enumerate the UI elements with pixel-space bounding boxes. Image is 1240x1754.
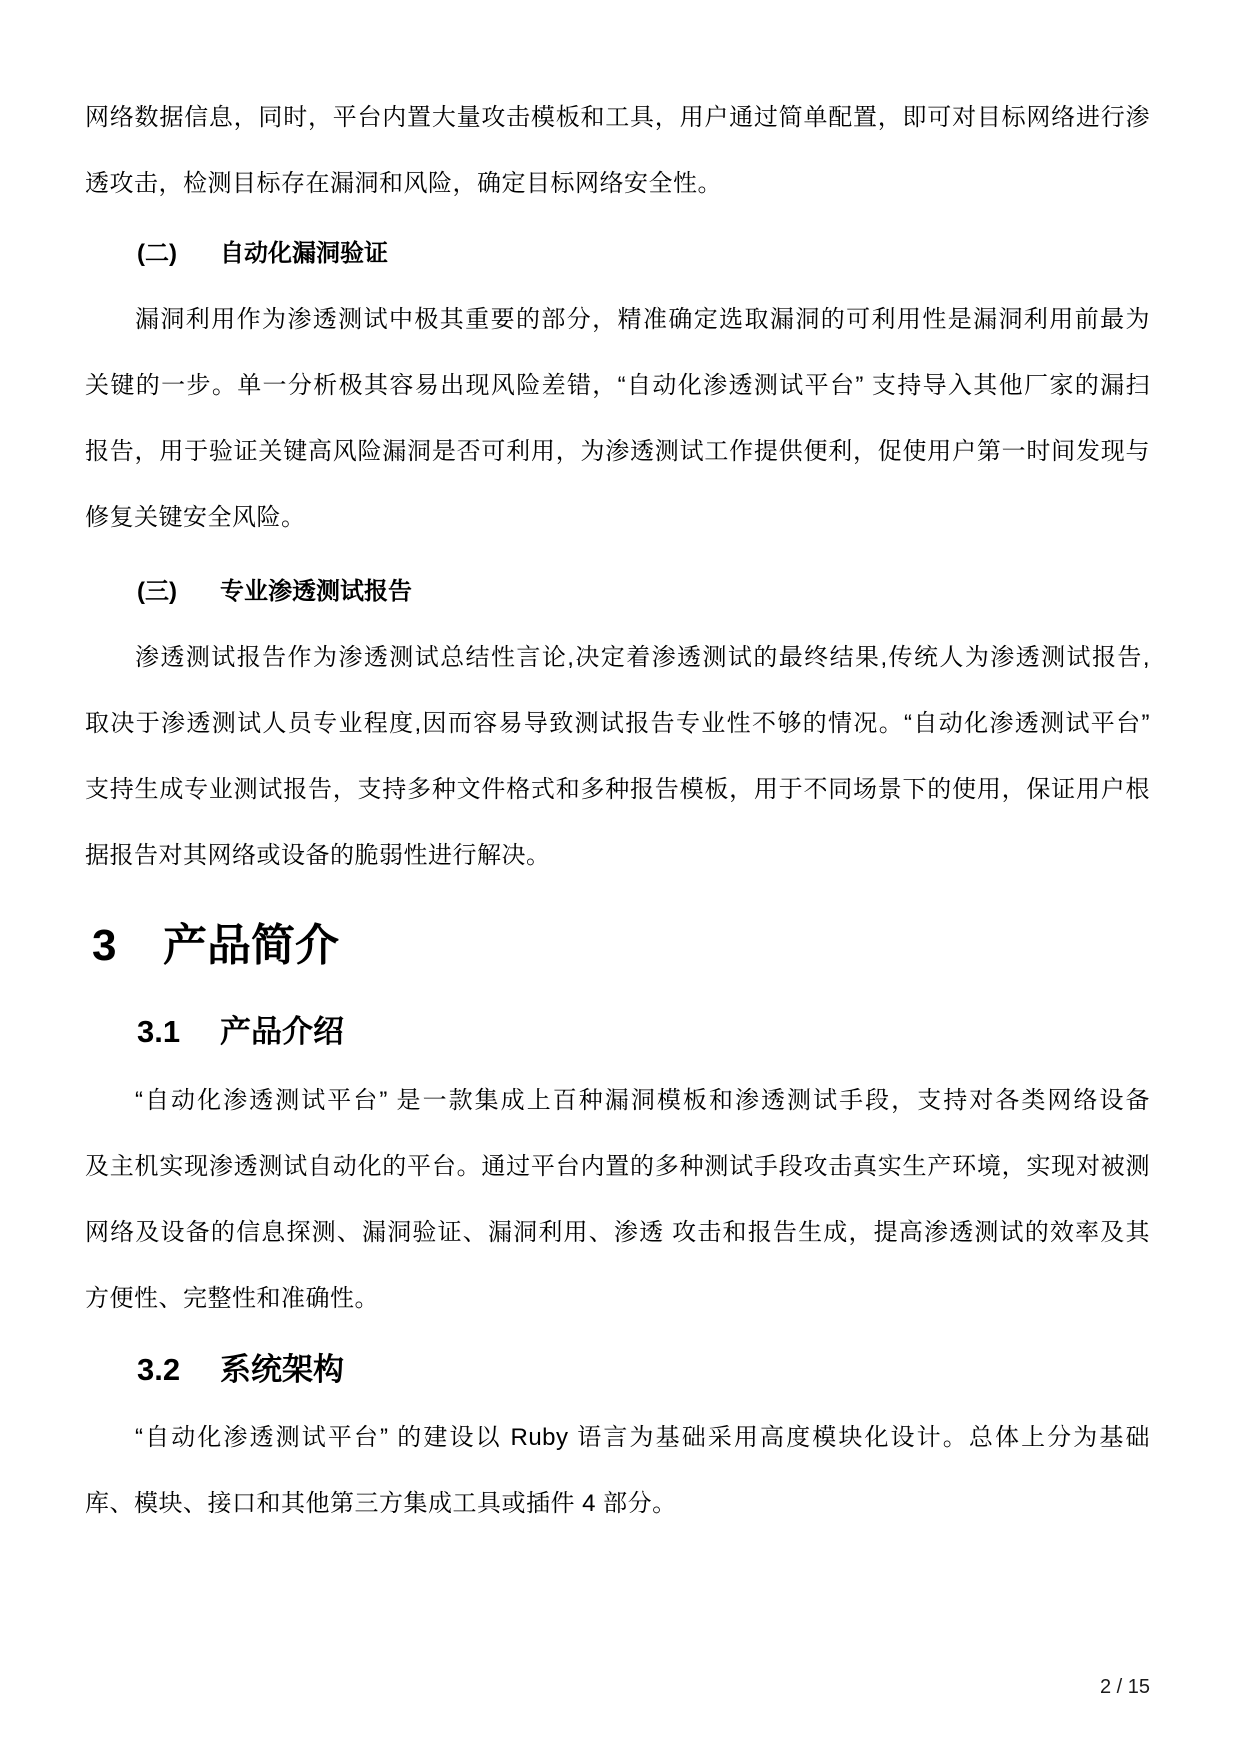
paragraph-line: 透攻击，检测目标存在漏洞和风险，确定目标网络安全性。 <box>85 151 1150 217</box>
paragraph-line: 取决于渗透测试人员专业程度,因而容易导致测试报告专业性不够的情况。“自动化渗透测… <box>85 691 1150 757</box>
section-heading: 3.1产品介绍 <box>85 999 1150 1065</box>
paragraph-line: 方便性、完整性和准确性。 <box>85 1266 1150 1332</box>
chapter-heading: 3产品简介 <box>85 911 1150 981</box>
heading-title: 自动化漏洞验证 <box>220 240 388 267</box>
paragraph-line: “自动化渗透测试平台” 的建设以 Ruby 语言为基础采用高度模块化设计。总体上… <box>85 1405 1150 1471</box>
document-body: 网络数据信息，同时，平台内置大量攻击模板和工具，用户通过简单配置，即可对目标网络… <box>85 85 1150 1537</box>
paragraph-line: 网络及设备的信息探测、漏洞验证、漏洞利用、渗透 攻击和报告生成，提高渗透测试的效… <box>85 1200 1150 1266</box>
section-heading: (三)专业渗透测试报告 <box>85 559 1150 625</box>
paragraph-line: 支持生成专业测试报告，支持多种文件格式和多种报告模板，用于不同场景下的使用，保证… <box>85 757 1150 823</box>
paragraph-line: 报告，用于验证关键高风险漏洞是否可利用，为渗透测试工作提供便利，促使用户第一时间… <box>85 419 1150 485</box>
heading-title: 专业渗透测试报告 <box>220 578 412 605</box>
paragraph-line: 据报告对其网络或设备的脆弱性进行解决。 <box>85 823 1150 889</box>
paragraph-line: 漏洞利用作为渗透测试中极其重要的部分，精准确定选取漏洞的可利用性是漏洞利用前最为 <box>85 287 1150 353</box>
heading-title: 产品简介 <box>163 921 339 970</box>
heading-title: 产品介绍 <box>220 1014 344 1049</box>
paragraph-line: 关键的一步。单一分析极其容易出现风险差错，“自动化渗透测试平台” 支持导入其他厂… <box>85 353 1150 419</box>
section-heading: (二)自动化漏洞验证 <box>85 221 1150 287</box>
page-number: 2 / 15 <box>1100 1676 1150 1699</box>
heading-title: 系统架构 <box>220 1352 344 1387</box>
paragraph-line: 网络数据信息，同时，平台内置大量攻击模板和工具，用户通过简单配置，即可对目标网络… <box>85 85 1150 151</box>
document-page: 网络数据信息，同时，平台内置大量攻击模板和工具，用户通过简单配置，即可对目标网络… <box>0 0 1240 1754</box>
heading-number: (三) <box>137 559 220 625</box>
heading-number: 3.1 <box>137 999 220 1065</box>
paragraph-line: 渗透测试报告作为渗透测试总结性言论,决定着渗透测试的最终结果,传统人为渗透测试报… <box>85 625 1150 691</box>
paragraph-line: 及主机实现渗透测试自动化的平台。通过平台内置的多种测试手段攻击真实生产环境，实现… <box>85 1134 1150 1200</box>
section-heading: 3.2系统架构 <box>85 1337 1150 1403</box>
heading-number: (二) <box>137 221 220 287</box>
paragraph-line: 修复关键安全风险。 <box>85 485 1150 551</box>
paragraph-line: “自动化渗透测试平台” 是一款集成上百种漏洞模板和渗透测试手段，支持对各类网络设… <box>85 1068 1150 1134</box>
heading-number: 3 <box>92 911 163 981</box>
heading-number: 3.2 <box>137 1337 220 1403</box>
paragraph-line: 库、模块、接口和其他第三方集成工具或插件 4 部分。 <box>85 1471 1150 1537</box>
